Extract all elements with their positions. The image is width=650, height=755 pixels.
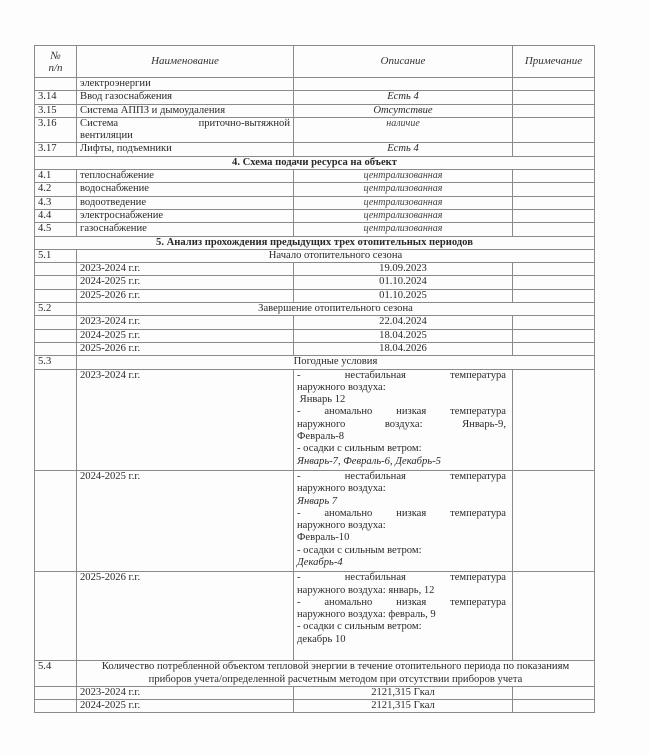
row-note	[513, 209, 595, 222]
row-number: 3.16	[35, 117, 77, 143]
row-period: 2023-2024 г.г.	[77, 369, 294, 470]
table-row: 3.15 Система АППЗ и дымоудаления Отсутст…	[35, 104, 595, 117]
subsection-row: 5.1 Начало отопительного сезона	[35, 249, 595, 262]
table-row: 4.1 теплоснабжение централизованная	[35, 170, 595, 183]
subsection-row: 5.2 Завершение отопительного сезона	[35, 303, 595, 316]
weather-description: - нестабильная температура наружного воз…	[294, 369, 513, 470]
row-note	[513, 196, 595, 209]
row-description: централизованная	[294, 170, 513, 183]
row-value: 19.09.2023	[294, 263, 513, 276]
table-row: 4.4 электроснабжение централизованная	[35, 209, 595, 222]
row-name: Система приточно-вытяжнойвентиляции	[77, 117, 294, 143]
row-description: Есть 4	[294, 91, 513, 104]
row-description: централизованная	[294, 183, 513, 196]
row-number: 5.2	[35, 303, 77, 316]
row-number: 3.14	[35, 91, 77, 104]
row-value: 18.04.2025	[294, 329, 513, 342]
subsection-title: Погодные условия	[77, 356, 595, 369]
row-description	[294, 78, 513, 91]
row-number: 3.15	[35, 104, 77, 117]
row-description: централизованная	[294, 209, 513, 222]
row-description: Есть 4	[294, 143, 513, 156]
row-period: 2024-2025 г.г.	[77, 470, 294, 571]
row-name: Система АППЗ и дымоудаления	[77, 104, 294, 117]
table-row: 4.2 водоснабжение централизованная	[35, 183, 595, 196]
row-description: Отсутствие	[294, 104, 513, 117]
table-row: 2025-2026 г.г. 18.04.2026	[35, 342, 595, 355]
row-number: 4.1	[35, 170, 77, 183]
row-value: 18.04.2026	[294, 342, 513, 355]
row-name: водоснабжение	[77, 183, 294, 196]
table-row: 4.5 газоснабжение централизованная	[35, 223, 595, 236]
row-note	[513, 104, 595, 117]
row-value: 2121,315 Гкал	[294, 700, 513, 713]
row-note	[513, 170, 595, 183]
row-note	[513, 183, 595, 196]
subsection-title: Начало отопительного сезона	[77, 249, 595, 262]
row-note	[513, 91, 595, 104]
row-period: 2024-2025 г.г.	[77, 329, 294, 342]
row-period: 2023-2024 г.г.	[77, 686, 294, 699]
subsection-title: Завершение отопительного сезона	[77, 303, 595, 316]
weather-description: - нестабильная температура наружного воз…	[294, 470, 513, 571]
table-row: 2025-2026 г.г. 01.10.2025	[35, 289, 595, 302]
row-value: 01.10.2025	[294, 289, 513, 302]
table-row: 2023-2024 г.г. - нестабильная температур…	[35, 369, 595, 470]
resource-table: №п/п Наименование Описание Примечание эл…	[34, 45, 595, 713]
section-heading-row: 4. Схема подачи ресурса на объект	[35, 156, 595, 169]
row-note	[513, 117, 595, 143]
row-period: 2024-2025 г.г.	[77, 276, 294, 289]
row-period: 2025-2026 г.г.	[77, 289, 294, 302]
row-period: 2025-2026 г.г.	[77, 342, 294, 355]
row-description: наличие	[294, 117, 513, 143]
row-period: 2023-2024 г.г.	[77, 263, 294, 276]
row-description: централизованная	[294, 223, 513, 236]
table-row: 3.17 Лифты, подъемники Есть 4	[35, 143, 595, 156]
header-number: №п/п	[35, 46, 77, 78]
row-number: 5.3	[35, 356, 77, 369]
row-number: 5.4	[35, 661, 77, 687]
table-row: 2025-2026 г.г. - нестабильная температур…	[35, 572, 595, 661]
row-description: централизованная	[294, 196, 513, 209]
row-number: 5.1	[35, 249, 77, 262]
header-description: Описание	[294, 46, 513, 78]
row-name: Ввод газоснабжения	[77, 91, 294, 104]
row-note	[513, 223, 595, 236]
row-number: 4.4	[35, 209, 77, 222]
subsection-row: 5.3 Погодные условия	[35, 356, 595, 369]
table-row: 2023-2024 г.г. 22.04.2024	[35, 316, 595, 329]
row-name: теплоснабжение	[77, 170, 294, 183]
table-row: 2024-2025 г.г. - нестабильная температур…	[35, 470, 595, 571]
table-row: 2024-2025 г.г. 2121,315 Гкал	[35, 700, 595, 713]
row-period: 2024-2025 г.г.	[77, 700, 294, 713]
subsection-row: 5.4 Количество потребленной объектом теп…	[35, 661, 595, 687]
row-value: 22.04.2024	[294, 316, 513, 329]
row-value: 2121,315 Гкал	[294, 686, 513, 699]
table-header-row: №п/п Наименование Описание Примечание	[35, 46, 595, 78]
table-row: 2023-2024 г.г. 19.09.2023	[35, 263, 595, 276]
table-row: 4.3 водоотведение централизованная	[35, 196, 595, 209]
table-row: 2024-2025 г.г. 18.04.2025	[35, 329, 595, 342]
header-note: Примечание	[513, 46, 595, 78]
row-period: 2023-2024 г.г.	[77, 316, 294, 329]
row-note	[513, 143, 595, 156]
row-name: электроэнергии	[77, 78, 294, 91]
section-heading-row: 5. Анализ прохождения предыдущих трех от…	[35, 236, 595, 249]
row-note	[513, 78, 595, 91]
row-number: 3.17	[35, 143, 77, 156]
subsection-title: Количество потребленной объектом теплово…	[77, 661, 595, 687]
document-page: №п/п Наименование Описание Примечание эл…	[34, 45, 594, 713]
row-number: 4.3	[35, 196, 77, 209]
row-name: водоотведение	[77, 196, 294, 209]
row-number: 4.5	[35, 223, 77, 236]
header-name: Наименование	[77, 46, 294, 78]
table-row: 3.14 Ввод газоснабжения Есть 4	[35, 91, 595, 104]
row-name: Лифты, подъемники	[77, 143, 294, 156]
row-value: 01.10.2024	[294, 276, 513, 289]
section-5-title: 5. Анализ прохождения предыдущих трех от…	[35, 236, 595, 249]
table-row: 3.16 Система приточно-вытяжнойвентиляции…	[35, 117, 595, 143]
row-name: электроснабжение	[77, 209, 294, 222]
weather-description: - нестабильная температура наружного воз…	[294, 572, 513, 661]
table-row: электроэнергии	[35, 78, 595, 91]
table-row: 2023-2024 г.г. 2121,315 Гкал	[35, 686, 595, 699]
table-row: 2024-2025 г.г. 01.10.2024	[35, 276, 595, 289]
section-4-title: 4. Схема подачи ресурса на объект	[35, 156, 595, 169]
row-number: 4.2	[35, 183, 77, 196]
row-name: газоснабжение	[77, 223, 294, 236]
row-period: 2025-2026 г.г.	[77, 572, 294, 661]
row-number	[35, 78, 77, 91]
